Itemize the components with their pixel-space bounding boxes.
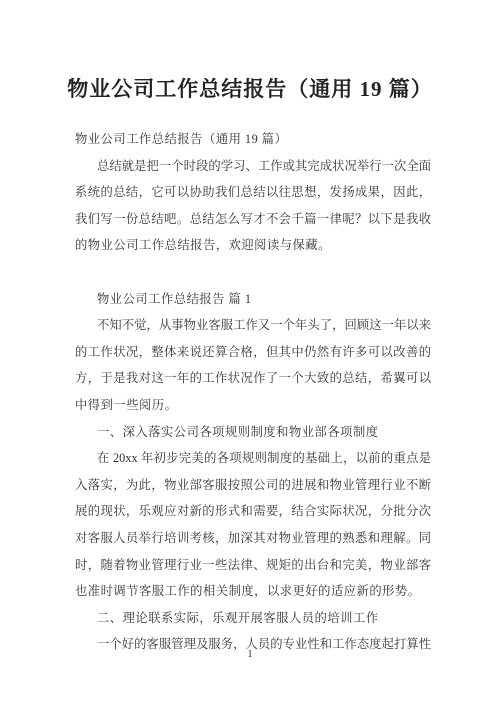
text-line: 在 20xx 年初步完美的各项规则制度的基础上，以前的重点是深 xyxy=(75,445,431,472)
text-line: 时，随着物业管理行业一些法律、规矩的出台和完美，物业部客服 xyxy=(75,552,431,579)
text-line: 物业公司工作总结报告（通用 19 篇） xyxy=(75,126,431,153)
text-line: 展的现状，乐观应对新的形式和需要，结合实际状况，分批分次的 xyxy=(75,498,431,525)
text-line xyxy=(75,259,431,286)
text-line: 中得到一些阅历。 xyxy=(75,392,431,419)
text-line: 我们写一份总结吧。总结怎么写才不会千篇一律呢？以下是我收拾 xyxy=(75,206,431,233)
text-line: 对客服人员举行培训考核，加深其对物业管理的熟悉和理解。同 xyxy=(75,525,431,552)
text-line: 二、理论联系实际，乐观开展客服人员的培训工作 xyxy=(75,605,431,632)
document-page: 物业公司工作总结报告（通用 19 篇） 物业公司工作总结报告（通用 19 篇）总… xyxy=(0,0,500,707)
text-line: 方，于是我对这一年的工作状况作了一个大致的总结，希翼可以从 xyxy=(75,365,431,392)
text-line: 系统的总结，它可以协助我们总结以往思想，发扬成果，因此，让 xyxy=(75,179,431,206)
text-line: 的工作状况，整体来说还算合格，但其中仍然有许多可以改善的地 xyxy=(75,339,431,366)
text-line: 一、深入落实公司各项规则制度和物业部各项制度 xyxy=(75,419,431,446)
text-line: 的物业公司工作总结报告，欢迎阅读与保藏。 xyxy=(75,232,431,259)
text-line: 不知不觉，从事物业客服工作又一个年头了，回顾这一年以来 xyxy=(75,312,431,339)
document-title: 物业公司工作总结报告（通用 19 篇） xyxy=(0,0,500,106)
page-number: 1 xyxy=(0,648,500,660)
text-line: 也准时调节客服工作的相关制度，以求更好的适应新的形势。 xyxy=(75,578,431,605)
text-line: 总结就是把一个时段的学习、工作或其完成状况举行一次全面 xyxy=(75,153,431,180)
text-line: 物业公司工作总结报告 篇 1 xyxy=(75,286,431,313)
text-line: 入落实，为此，物业部客服按照公司的进展和物业管理行业不断进 xyxy=(75,472,431,499)
document-body: 物业公司工作总结报告（通用 19 篇）总结就是把一个时段的学习、工作或其完成状况… xyxy=(75,126,431,658)
